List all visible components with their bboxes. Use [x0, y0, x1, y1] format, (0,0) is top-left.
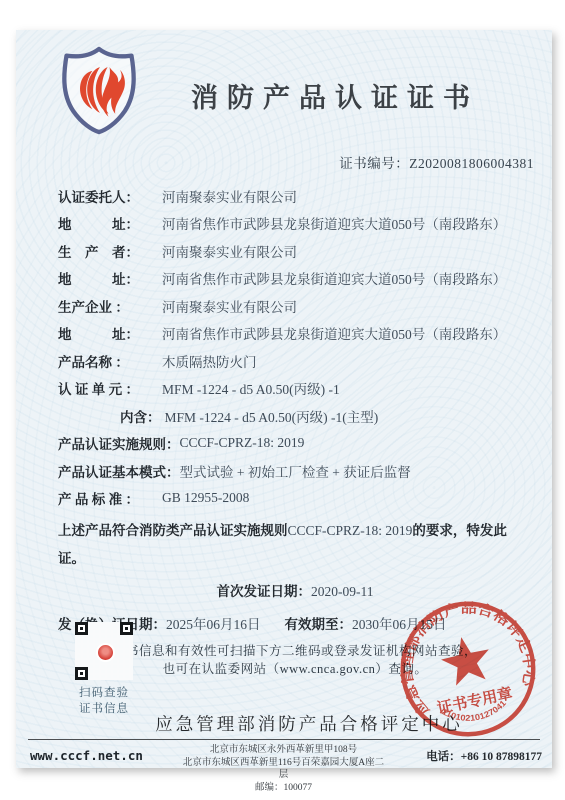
- field-applicant-address: 地 址：河南省焦作市武陟县龙泉街道迎宾大道050号（南段路东）: [58, 210, 532, 238]
- qr-code: [75, 622, 133, 680]
- qr-finder-icon: [75, 622, 88, 635]
- field-producer-address: 地 址：河南省焦作市武陟县龙泉街道迎宾大道050号（南段路东）: [58, 265, 532, 293]
- certificate-number-label: 证书编号：: [339, 156, 409, 171]
- footer-website: www.cccf.net.cn: [30, 744, 180, 763]
- field-applicant: 认证委托人：河南聚泰实业有限公司: [58, 182, 532, 210]
- field-included-model: 内含：MFM -1224 - d5 A0.50(丙级) -1(主型): [58, 402, 532, 430]
- header: 消防产品认证证书: [16, 30, 552, 150]
- field-certification-mode: 产品认证基本模式：型式试验 + 初始工厂检查 + 获证后监督: [58, 457, 532, 485]
- field-implementation-rule: 产品认证实施规则：CCCF-CPRZ-18: 2019: [58, 430, 532, 458]
- conformity-statement: 上述产品符合消防类产品认证实施规则CCCF-CPRZ-18: 2019的要求，特…: [58, 517, 520, 573]
- field-manufacturer-address: 地 址：河南省焦作市武陟县龙泉街道迎宾大道050号（南段路东）: [58, 320, 532, 348]
- footer-address-line1: 北京市东城区永外西革新里甲108号: [180, 744, 387, 757]
- certificate-number-line: 证书编号：Z2020081806004381: [16, 152, 552, 172]
- field-producer: 生 产 者：河南聚泰实业有限公司: [58, 237, 532, 265]
- field-manufacturer: 生产企业 ：河南聚泰实业有限公司: [58, 292, 532, 320]
- field-certification-unit: 认 证 单 元 ：MFM -1224 - d5 A0.50(丙级) -1: [58, 375, 532, 403]
- official-red-seal: 应急管理部消防产品合格评定中心 证书专用章 11010210127041: [368, 569, 565, 768]
- fire-shield-logo: [56, 44, 142, 136]
- qr-finder-icon: [120, 622, 133, 635]
- footer-postcode: 邮编：100077: [180, 782, 387, 795]
- page-title: 消防产品认证证书: [142, 76, 528, 150]
- qr-finder-icon: [75, 667, 88, 680]
- certificate-number-value: Z2020081806004381: [409, 156, 534, 171]
- qr-block: 扫码查验 证书信息: [54, 622, 154, 717]
- qr-caption-line1: 扫码查验: [54, 686, 154, 702]
- certificate-page: 消防产品认证证书 证书编号：Z2020081806004381 认证委托人：河南…: [16, 30, 552, 768]
- seal-star-icon: [437, 632, 494, 688]
- field-product-name: 产品名称 ：木质隔热防火门: [58, 347, 532, 375]
- footer-address: 北京市东城区永外西革新里甲108号 北京市东城区西革新里116号百荣嘉园大厦A座…: [180, 744, 387, 794]
- footer-address-line2: 北京市东城区西革新里116号百荣嘉园大厦A座二层: [180, 757, 387, 782]
- qr-center-logo-icon: [96, 643, 115, 662]
- field-product-standard: 产 品 标 准 ：GB 12955-2008: [58, 485, 532, 513]
